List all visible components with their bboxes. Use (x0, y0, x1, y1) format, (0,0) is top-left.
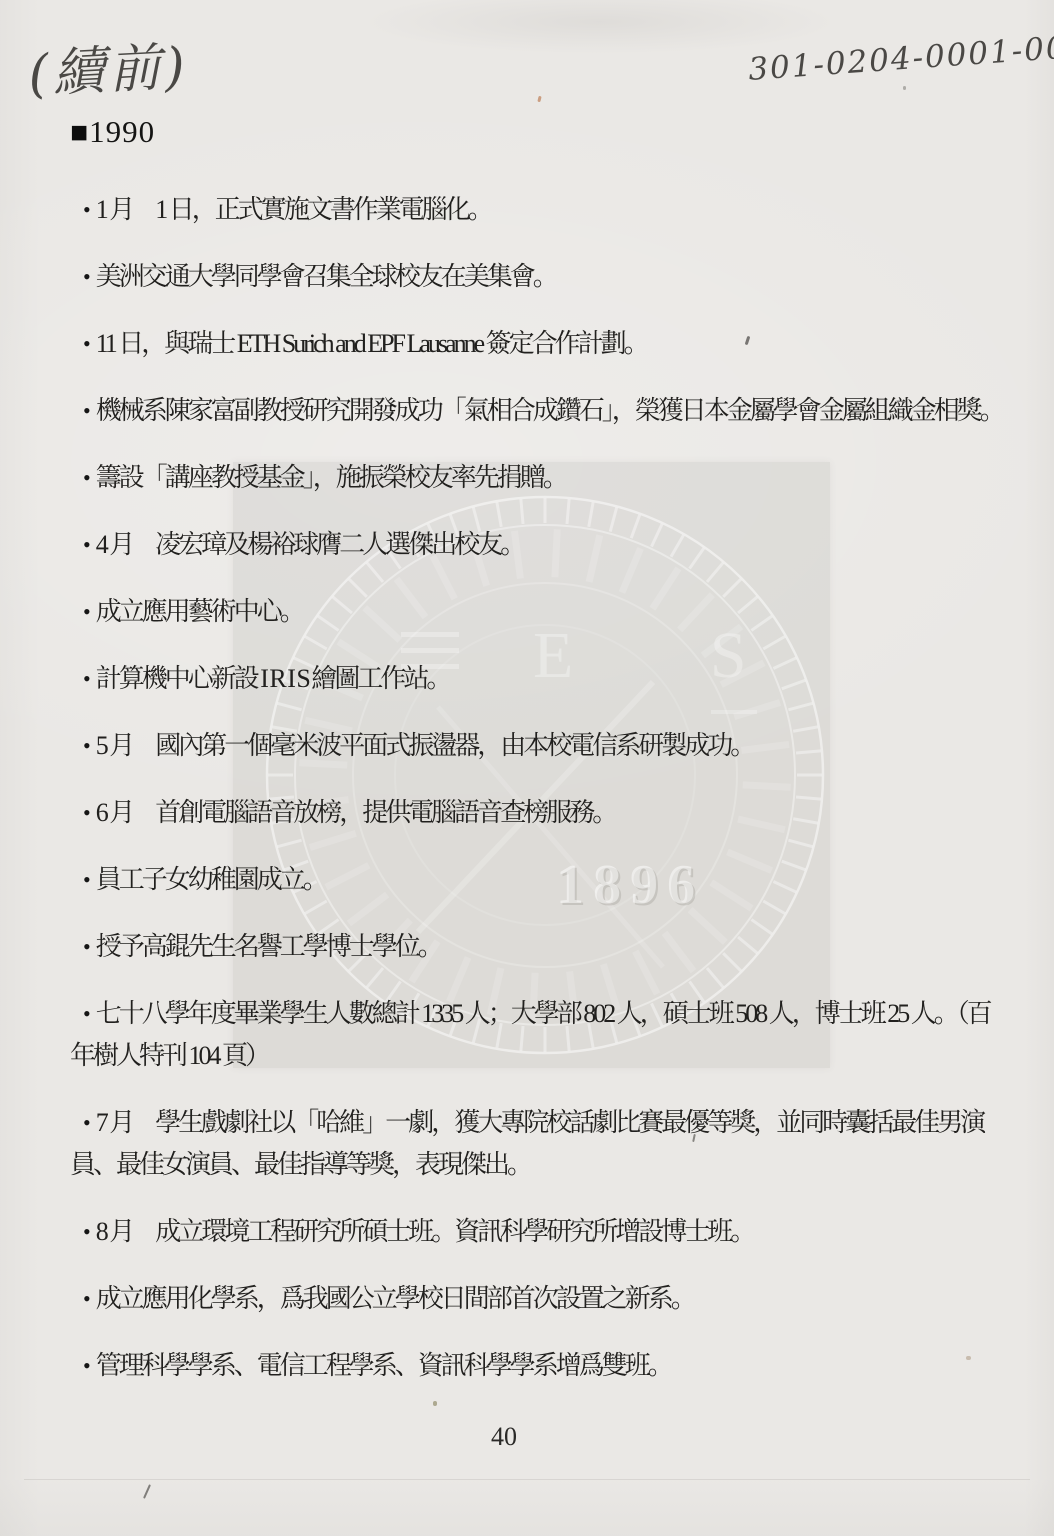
bullet-icon: • (83, 1001, 91, 1026)
entry-text: 7 月 學生戲劇社以「哈維」一劇，獲大專院校話劇比賽最優等獎，並同時囊括最佳男演 (96, 1108, 984, 1137)
timeline-entry: •七十八學年度畢業學生人數總計 1335 人；大學部 802 人，碩士班 508… (70, 993, 1020, 1077)
entry-line: •員工子女幼稚園成立。 (70, 859, 1020, 901)
timeline-entry: •5 月 國內第一個毫米波平面式振盪器，由本校電信系研製成功。 (70, 725, 1020, 767)
entry-text: 年樹人特刊 104 頁） (70, 1041, 268, 1070)
timeline-entry: •11 日，與瑞士 ETH Surich and EPF Lausanne 簽定… (70, 323, 1020, 365)
entry-line: •8 月 成立環境工程研究所碩士班。資訊科學研究所增設博士班。 (70, 1211, 1020, 1253)
timeline-entry: •授予高錕先生名譽工學博士學位。 (70, 926, 1020, 968)
bullet-icon: • (83, 1219, 91, 1244)
entry-text: 籌設「講座教授基金」，施振榮校友率先捐贈。 (96, 463, 566, 492)
content-column: ■1990 •1 月 1 日，正式實施文書作業電腦化。•美洲交通大學同學會召集全… (70, 111, 1020, 1412)
entry-text: 美洲交通大學同學會召集全球校友在美集會。 (96, 262, 556, 291)
section-marker-icon: ■ (70, 116, 88, 149)
bullet-icon: • (83, 934, 91, 959)
bullet-icon: • (83, 1110, 91, 1135)
scan-speck (966, 1356, 971, 1360)
scan-speck (537, 96, 541, 103)
scan-speck (903, 86, 906, 90)
timeline-entry: •6 月 首創電腦語音放榜，提供電腦語音查榜服務。 (70, 792, 1020, 834)
year-heading: ■1990 (70, 111, 1020, 159)
entry-text: 員工子女幼稚園成立。 (96, 865, 326, 894)
bullet-icon: • (83, 331, 91, 356)
year-label: 1990 (89, 114, 155, 149)
entry-line: •成立應用藝術中心。 (70, 591, 1020, 633)
timeline-entry: •8 月 成立環境工程研究所碩士班。資訊科學研究所增設博士班。 (70, 1211, 1020, 1253)
timeline-entry: •管理科學學系、電信工程學系、資訊科學學系增爲雙班。 (70, 1345, 1020, 1387)
entry-line: 年樹人特刊 104 頁） (70, 1035, 1020, 1077)
entry-line: •1 月 1 日，正式實施文書作業電腦化。 (70, 189, 1020, 231)
bullet-icon: • (83, 733, 91, 758)
bullet-icon: • (83, 264, 91, 289)
bullet-icon: • (83, 867, 91, 892)
entry-text: 員、最佳女演員、最佳指導等獎，表現傑出。 (70, 1150, 530, 1179)
timeline-entry: •4 月 凌宏璋及楊裕球膺二人選傑出校友。 (70, 524, 1020, 566)
entry-text: 七十八學年度畢業學生人數總計 1335 人；大學部 802 人，碩士班 508 … (96, 999, 990, 1028)
entry-text: 管理科學學系、電信工程學系、資訊科學學系增爲雙班。 (96, 1351, 671, 1380)
entry-text: 機械系陳家富副教授研究開發成功「氣相合成鑽石」，榮獲日本金屬學會金屬組織金相獎。 (96, 396, 1003, 425)
scan-speck (433, 1401, 437, 1406)
timeline-entry: •美洲交通大學同學會召集全球校友在美集會。 (70, 256, 1020, 298)
bullet-icon: • (83, 800, 91, 825)
entry-line: •11 日，與瑞士 ETH Surich and EPF Lausanne 簽定… (70, 323, 1020, 365)
entry-line: •美洲交通大學同學會召集全球校友在美集會。 (70, 256, 1020, 298)
entry-text: 5 月 國內第一個毫米波平面式振盪器，由本校電信系研製成功。 (96, 731, 754, 760)
entry-text: 11 日，與瑞士 ETH Surich and EPF Lausanne 簽定合… (96, 329, 647, 358)
scanned-document-page: (續前) 301-0204-0001-001 E S 1896 1896 ■19… (0, 0, 1054, 1536)
page-number: 40 (0, 1422, 1008, 1452)
entry-line: •4 月 凌宏璋及楊裕球膺二人選傑出校友。 (70, 524, 1020, 566)
timeline-entry: •成立應用藝術中心。 (70, 591, 1020, 633)
bullet-icon: • (83, 197, 91, 222)
entry-line: •計算機中心新設 I R I S 繪圖工作站。 (70, 658, 1020, 700)
timeline-entry: •成立應用化學系，爲我國公立學校日間部首次設置之新系。 (70, 1278, 1020, 1320)
bullet-icon: • (83, 465, 91, 490)
entry-text: 計算機中心新設 I R I S 繪圖工作站。 (96, 664, 450, 693)
bullet-icon: • (83, 1353, 91, 1378)
bullet-icon: • (83, 599, 91, 624)
entry-text: 8 月 成立環境工程研究所碩士班。資訊科學研究所增設博士班。 (96, 1217, 754, 1246)
entry-text: 成立應用化學系，爲我國公立學校日間部首次設置之新系。 (96, 1284, 694, 1313)
timeline-entry: •1 月 1 日，正式實施文書作業電腦化。 (70, 189, 1020, 231)
scan-artifact-line (24, 1479, 1030, 1480)
timeline-entry: •7 月 學生戲劇社以「哈維」一劇，獲大專院校話劇比賽最優等獎，並同時囊括最佳男… (70, 1102, 1020, 1186)
entry-text: 4 月 凌宏璋及楊裕球膺二人選傑出校友。 (96, 530, 524, 559)
handwritten-archive-number: 301-0204-0001-001 (747, 28, 1054, 88)
bullet-icon: • (83, 398, 91, 423)
bullet-icon: • (83, 1286, 91, 1311)
entry-text: 6 月 首創電腦語音放榜，提供電腦語音查榜服務。 (96, 798, 616, 827)
handwritten-continued-note: (續前) (26, 24, 190, 107)
entry-line: •7 月 學生戲劇社以「哈維」一劇，獲大專院校話劇比賽最優等獎，並同時囊括最佳男… (70, 1102, 1020, 1144)
entry-line: 員、最佳女演員、最佳指導等獎，表現傑出。 (70, 1144, 1020, 1186)
entry-line: •管理科學學系、電信工程學系、資訊科學學系增爲雙班。 (70, 1345, 1020, 1387)
entry-line: •授予高錕先生名譽工學博士學位。 (70, 926, 1020, 968)
entry-text: 1 月 1 日，正式實施文書作業電腦化。 (96, 195, 491, 224)
entry-line: •5 月 國內第一個毫米波平面式振盪器，由本校電信系研製成功。 (70, 725, 1020, 767)
scan-speck (143, 1484, 151, 1499)
entry-text: 成立應用藝術中心。 (96, 597, 303, 626)
entry-line: •七十八學年度畢業學生人數總計 1335 人；大學部 802 人，碩士班 508… (70, 993, 1020, 1035)
bullet-icon: • (83, 666, 91, 691)
bullet-icon: • (83, 532, 91, 557)
timeline-entry: •員工子女幼稚園成立。 (70, 859, 1020, 901)
entry-line: •成立應用化學系，爲我國公立學校日間部首次設置之新系。 (70, 1278, 1020, 1320)
timeline-entry: •籌設「講座教授基金」，施振榮校友率先捐贈。 (70, 457, 1020, 499)
timeline-entry: •機械系陳家富副教授研究開發成功「氣相合成鑽石」，榮獲日本金屬學會金屬組織金相獎… (70, 390, 1020, 432)
entry-text: 授予高錕先生名譽工學博士學位。 (96, 932, 441, 961)
entry-line: •籌設「講座教授基金」，施振榮校友率先捐贈。 (70, 457, 1020, 499)
timeline-entry: •計算機中心新設 I R I S 繪圖工作站。 (70, 658, 1020, 700)
entry-line: •6 月 首創電腦語音放榜，提供電腦語音查榜服務。 (70, 792, 1020, 834)
entry-line: •機械系陳家富副教授研究開發成功「氣相合成鑽石」，榮獲日本金屬學會金屬組織金相獎… (70, 390, 1020, 432)
timeline-entries-list: •1 月 1 日，正式實施文書作業電腦化。•美洲交通大學同學會召集全球校友在美集… (70, 189, 1020, 1387)
